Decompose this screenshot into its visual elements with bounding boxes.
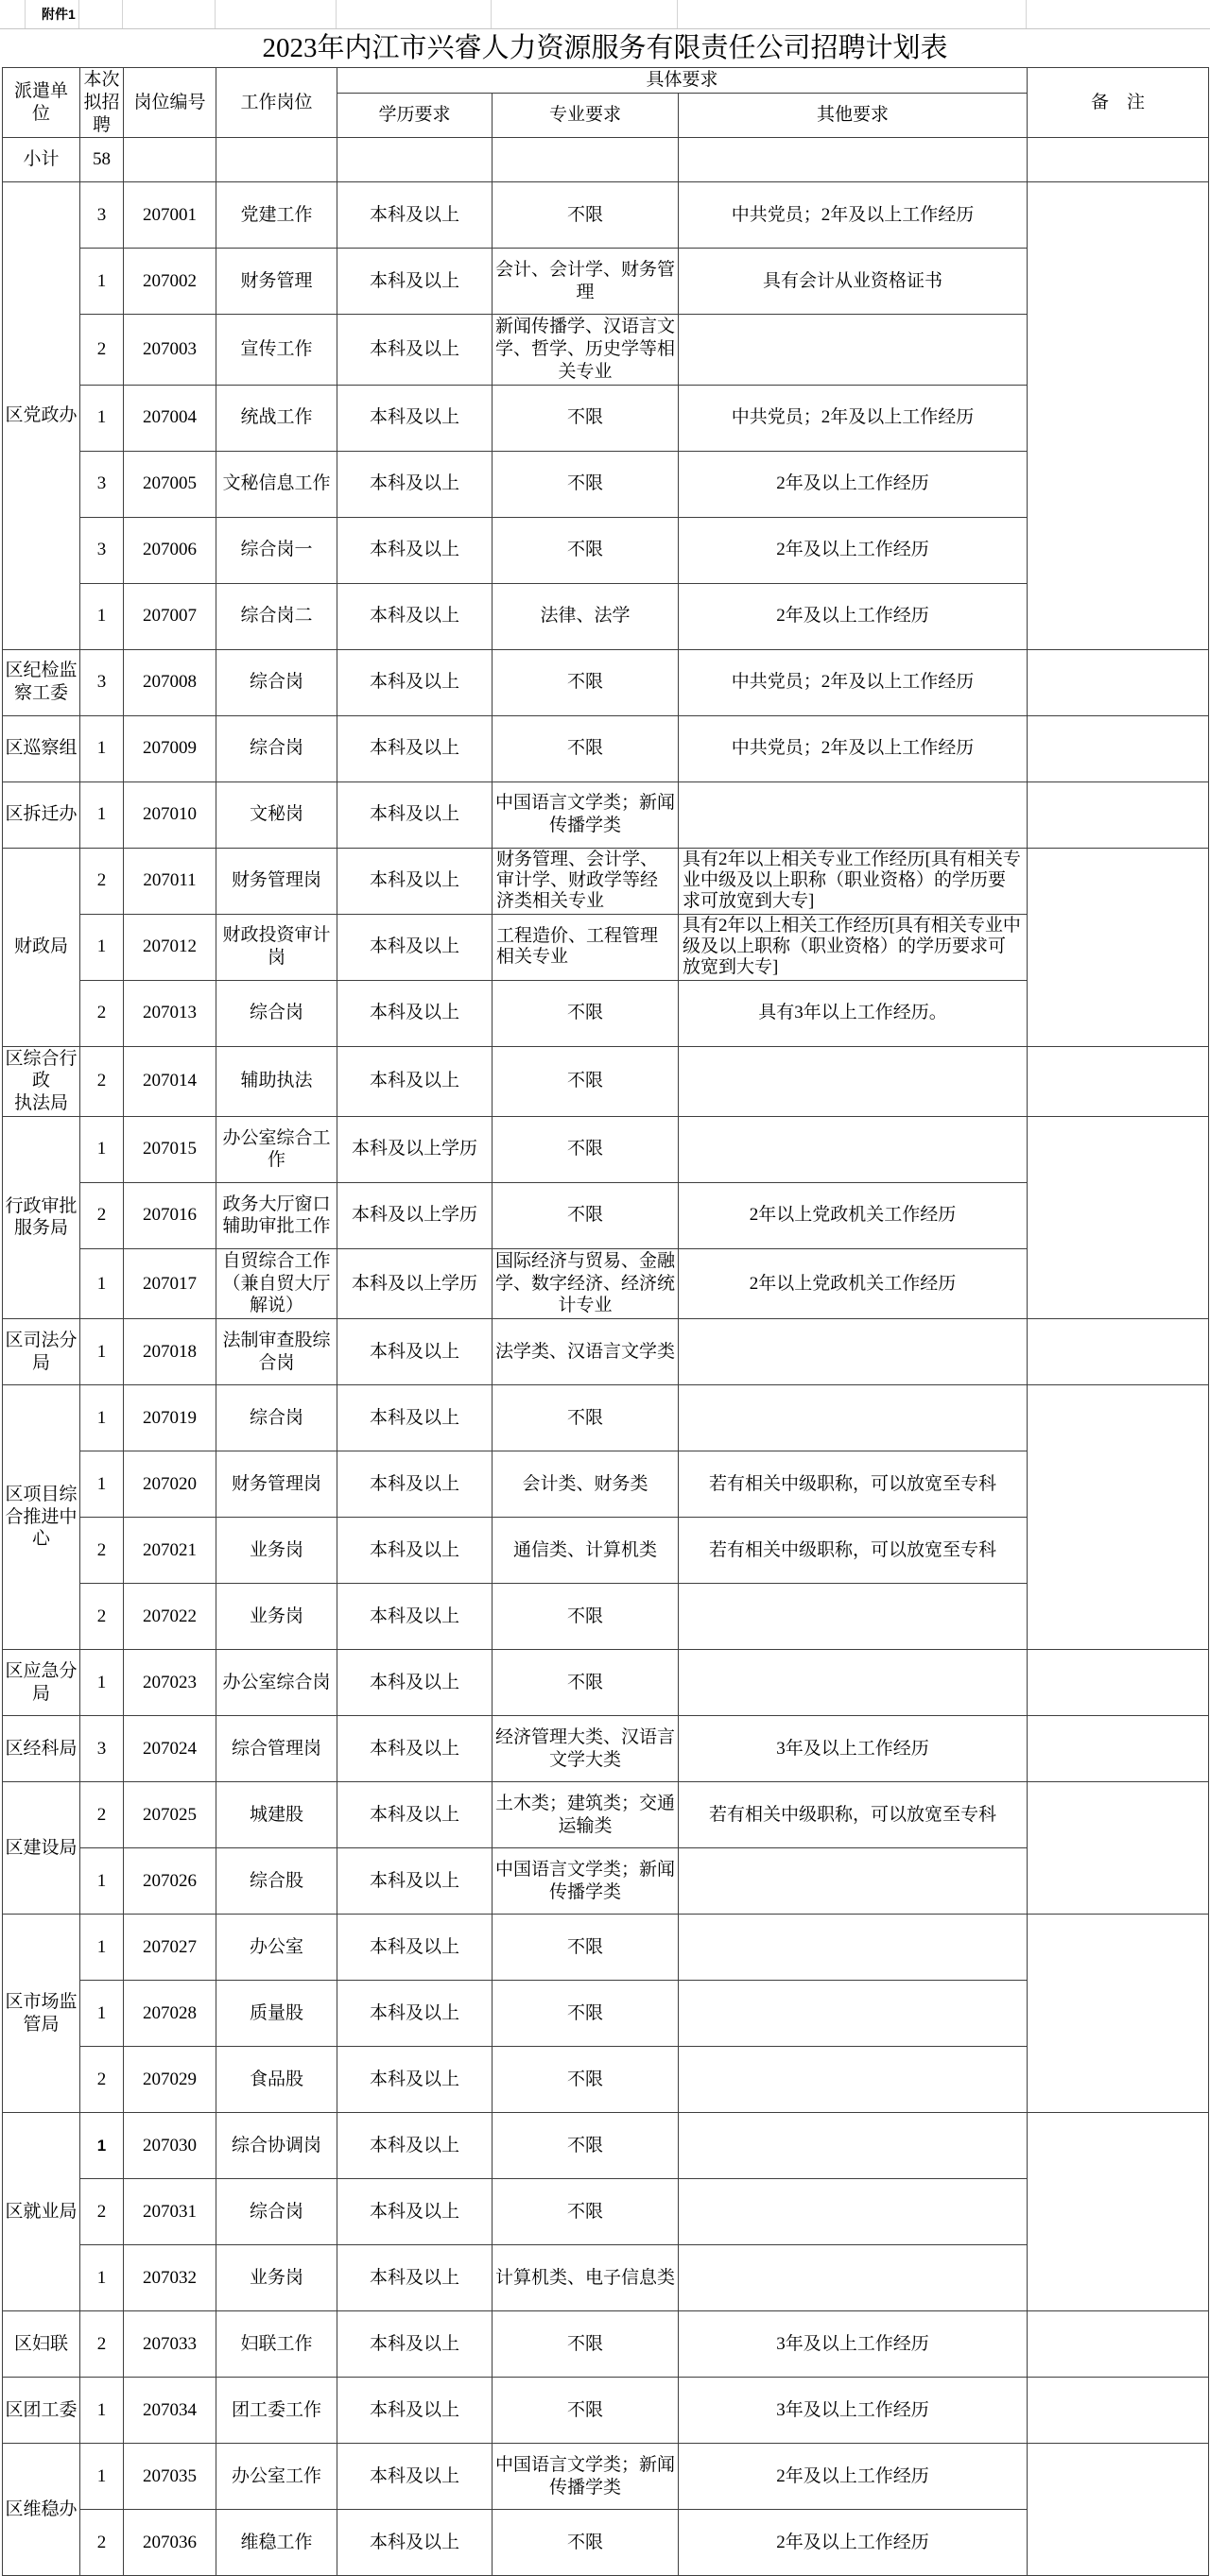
position-code-cell: 207019 (124, 1385, 216, 1451)
remark-cell (1028, 649, 1209, 715)
subtotal-label: 小计 (3, 138, 80, 182)
education-requirement-cell: 本科及以上 (337, 1385, 493, 1451)
job-title-cell: 办公室工作 (216, 2444, 337, 2510)
job-title-cell: 财务管理 (216, 249, 337, 315)
other-requirement-cell: 3年及以上工作经历 (679, 1716, 1028, 1782)
position-code-cell: 207027 (124, 1915, 216, 1981)
excel-gridline-strip: 附件1 (0, 0, 1210, 29)
education-requirement-cell: 本科及以上 (337, 980, 493, 1046)
major-requirement-cell: 中国语言文学类；新闻传播学类 (493, 781, 679, 848)
unit-cell: 区维稳办 (3, 2444, 80, 2576)
table-row: 区党政办3207001党建工作本科及以上不限中共党员；2年及以上工作经历 (3, 182, 1209, 249)
education-requirement-cell: 本科及以上 (337, 1915, 493, 1981)
other-requirement-cell: 中共党员；2年及以上工作经历 (679, 649, 1028, 715)
count-cell: 2 (80, 2179, 124, 2245)
job-title-cell: 业务岗 (216, 2245, 337, 2311)
unit-cell: 区司法分 局 (3, 1319, 80, 1385)
major-requirement-cell: 会计、会计学、财务管理 (493, 249, 679, 315)
major-requirement-cell: 不限 (493, 385, 679, 451)
job-title-cell: 综合管理岗 (216, 1716, 337, 1782)
count-cell: 2 (80, 1782, 124, 1848)
major-requirement-cell: 不限 (493, 980, 679, 1046)
education-requirement-cell: 本科及以上 (337, 649, 493, 715)
education-requirement-cell: 本科及以上 (337, 1451, 493, 1518)
position-code-cell: 207021 (124, 1518, 216, 1584)
remark-cell (1028, 1782, 1209, 1915)
count-cell: 1 (80, 1915, 124, 1981)
job-title-cell: 统战工作 (216, 385, 337, 451)
header-major: 专业要求 (493, 94, 679, 138)
unit-cell: 区综合行 政 执法局 (3, 1046, 80, 1116)
other-requirement-cell (679, 1650, 1028, 1716)
education-requirement-cell: 本科及以上 (337, 2378, 493, 2444)
education-requirement-cell: 本科及以上 (337, 715, 493, 781)
count-cell: 1 (80, 583, 124, 649)
other-requirement-cell (679, 2179, 1028, 2245)
other-requirement-cell (679, 2113, 1028, 2179)
education-requirement-cell: 本科及以上 (337, 1584, 493, 1650)
gridline-cell (123, 0, 216, 28)
other-requirement-cell (679, 1848, 1028, 1915)
other-requirement-cell (679, 1319, 1028, 1385)
table-row: 区应急分 局1207023办公室综合岗本科及以上不限 (3, 1650, 1209, 1716)
empty-cell (124, 138, 216, 182)
count-cell: 2 (80, 848, 124, 914)
education-requirement-cell: 本科及以上 (337, 1319, 493, 1385)
remark-cell (1028, 2113, 1209, 2311)
major-requirement-cell: 不限 (493, 2179, 679, 2245)
education-requirement-cell: 本科及以上 (337, 1518, 493, 1584)
other-requirement-cell: 2年以上党政机关工作经历 (679, 1248, 1028, 1318)
other-requirement-cell: 中共党员；2年及以上工作经历 (679, 715, 1028, 781)
education-requirement-cell: 本科及以上 (337, 1716, 493, 1782)
other-requirement-cell: 2年及以上工作经历 (679, 583, 1028, 649)
count-cell: 1 (80, 914, 124, 980)
recruitment-plan-table: 派遣单位 本次拟招聘 岗位编号 工作岗位 具体要求 备 注 学历要求 专业要求 … (2, 67, 1209, 2576)
table-row: 区就业局1207030综合协调岗本科及以上不限 (3, 2113, 1209, 2179)
major-requirement-cell: 不限 (493, 2311, 679, 2378)
count-cell: 1 (80, 1981, 124, 2047)
remark-cell (1028, 1319, 1209, 1385)
education-requirement-cell: 本科及以上 (337, 1046, 493, 1116)
gridline-cell (337, 0, 492, 28)
table-row: 区纪检监 察工委3207008综合岗本科及以上不限中共党员；2年及以上工作经历 (3, 649, 1209, 715)
job-title-cell: 政务大厅窗口辅助审批工作 (216, 1182, 337, 1248)
unit-cell: 区就业局 (3, 2113, 80, 2311)
unit-cell: 行政审批 服务局 (3, 1116, 80, 1318)
job-title-cell: 综合岗一 (216, 517, 337, 583)
remark-cell (1028, 715, 1209, 781)
position-code-cell: 207001 (124, 182, 216, 249)
position-code-cell: 207032 (124, 2245, 216, 2311)
table-row: 区经科局3207024综合管理岗本科及以上经济管理大类、汉语言文学大类3年及以上… (3, 1716, 1209, 1782)
other-requirement-cell: 2年及以上工作经历 (679, 2510, 1028, 2576)
unit-cell: 财政局 (3, 848, 80, 1046)
education-requirement-cell: 本科及以上 (337, 451, 493, 517)
position-code-cell: 207035 (124, 2444, 216, 2510)
education-requirement-cell: 本科及以上 (337, 2047, 493, 2113)
count-cell: 3 (80, 1716, 124, 1782)
major-requirement-cell: 通信类、计算机类 (493, 1518, 679, 1584)
education-requirement-cell: 本科及以上 (337, 1782, 493, 1848)
unit-cell: 区巡察组 (3, 715, 80, 781)
other-requirement-cell: 3年及以上工作经历 (679, 2311, 1028, 2378)
education-requirement-cell: 本科及以上学历 (337, 1116, 493, 1182)
count-cell: 1 (80, 2113, 124, 2179)
job-title-cell: 业务岗 (216, 1518, 337, 1584)
count-cell: 1 (80, 1116, 124, 1182)
job-title-cell: 法制审查股综合岗 (216, 1319, 337, 1385)
job-title-cell: 综合协调岗 (216, 2113, 337, 2179)
count-cell: 1 (80, 1319, 124, 1385)
other-requirement-cell (679, 1584, 1028, 1650)
other-requirement-cell (679, 1116, 1028, 1182)
subtotal-row: 小计 58 (3, 138, 1209, 182)
major-requirement-cell: 新闻传播学、汉语言文学、哲学、历史学等相关专业 (493, 315, 679, 385)
job-title-cell: 综合岗 (216, 715, 337, 781)
position-code-cell: 207007 (124, 583, 216, 649)
position-code-cell: 207022 (124, 1584, 216, 1650)
job-title-cell: 宣传工作 (216, 315, 337, 385)
major-requirement-cell: 不限 (493, 1981, 679, 2047)
job-title-cell: 业务岗 (216, 1584, 337, 1650)
position-code-cell: 207018 (124, 1319, 216, 1385)
gridline-cell (0, 0, 26, 28)
other-requirement-cell: 若有相关中级职称，可以放宽至专科 (679, 1782, 1028, 1848)
table-header: 派遣单位 本次拟招聘 岗位编号 工作岗位 具体要求 备 注 学历要求 专业要求 … (3, 68, 1209, 138)
job-title-cell: 财务管理岗 (216, 1451, 337, 1518)
unit-cell: 区市场监 管局 (3, 1915, 80, 2113)
major-requirement-cell: 财务管理、会计学、审计学、财政学等经济类相关专业 (493, 848, 679, 914)
other-requirement-cell: 具有会计从业资格证书 (679, 249, 1028, 315)
education-requirement-cell: 本科及以上 (337, 781, 493, 848)
header-count: 本次拟招聘 (80, 68, 124, 138)
count-cell: 1 (80, 1248, 124, 1318)
education-requirement-cell: 本科及以上 (337, 2179, 493, 2245)
major-requirement-cell: 法律、法学 (493, 583, 679, 649)
other-requirement-cell: 具有2年以上相关工作经历[具有相关专业中级及以上职称（职业资格）的学历要求可放宽… (679, 914, 1028, 980)
other-requirement-cell: 若有相关中级职称，可以放宽至专科 (679, 1518, 1028, 1584)
count-cell: 2 (80, 1584, 124, 1650)
education-requirement-cell: 本科及以上 (337, 1848, 493, 1915)
count-cell: 1 (80, 1451, 124, 1518)
other-requirement-cell (679, 1981, 1028, 2047)
table-row: 区团工委1207034团工委工作本科及以上不限3年及以上工作经历 (3, 2378, 1209, 2444)
position-code-cell: 207024 (124, 1716, 216, 1782)
count-cell: 1 (80, 1848, 124, 1915)
major-requirement-cell: 不限 (493, 649, 679, 715)
major-requirement-cell: 不限 (493, 1584, 679, 1650)
major-requirement-cell: 不限 (493, 2378, 679, 2444)
unit-cell: 区团工委 (3, 2378, 80, 2444)
gridline-cell (216, 0, 337, 28)
job-title-cell: 综合股 (216, 1848, 337, 1915)
position-code-cell: 207030 (124, 2113, 216, 2179)
major-requirement-cell: 不限 (493, 182, 679, 249)
education-requirement-cell: 本科及以上 (337, 583, 493, 649)
position-code-cell: 207036 (124, 2510, 216, 2576)
remark-cell (1028, 1385, 1209, 1650)
job-title-cell: 食品股 (216, 2047, 337, 2113)
other-requirement-cell (679, 1385, 1028, 1451)
other-requirement-cell: 3年及以上工作经历 (679, 2378, 1028, 2444)
major-requirement-cell: 工程造价、工程管理相关专业 (493, 914, 679, 980)
other-requirement-cell (679, 1046, 1028, 1116)
count-cell: 1 (80, 715, 124, 781)
major-requirement-cell: 土木类；建筑类；交通运输类 (493, 1782, 679, 1848)
job-title-cell: 综合岗二 (216, 583, 337, 649)
other-requirement-cell: 2年及以上工作经历 (679, 451, 1028, 517)
page-title: 2023年内江市兴睿人力资源服务有限责任公司招聘计划表 (0, 29, 1210, 67)
unit-cell: 区妇联 (3, 2311, 80, 2378)
gridline-cell (79, 0, 123, 28)
count-cell: 1 (80, 385, 124, 451)
major-requirement-cell: 中国语言文学类；新闻传播学类 (493, 2444, 679, 2510)
table-body: 小计 58 区党政办3207001党建工作本科及以上不限中共党员；2年及以上工作… (3, 138, 1209, 2576)
table-row: 区妇联2207033妇联工作本科及以上不限3年及以上工作经历 (3, 2311, 1209, 2378)
major-requirement-cell: 不限 (493, 1385, 679, 1451)
job-title-cell: 财政投资审计岗 (216, 914, 337, 980)
education-requirement-cell: 本科及以上 (337, 1981, 493, 2047)
major-requirement-cell: 计算机类、电子信息类 (493, 2245, 679, 2311)
education-requirement-cell: 本科及以上 (337, 2311, 493, 2378)
header-remark: 备 注 (1028, 68, 1209, 138)
remark-cell (1028, 1650, 1209, 1716)
education-requirement-cell: 本科及以上 (337, 914, 493, 980)
header-requirements-group: 具体要求 (337, 68, 1028, 94)
subtotal-count: 58 (80, 138, 124, 182)
count-cell: 1 (80, 2444, 124, 2510)
unit-cell: 区项目综 合推进中 心 (3, 1385, 80, 1650)
position-code-cell: 207004 (124, 385, 216, 451)
position-code-cell: 207013 (124, 980, 216, 1046)
remark-cell (1028, 2378, 1209, 2444)
remark-cell (1028, 2311, 1209, 2378)
job-title-cell: 妇联工作 (216, 2311, 337, 2378)
empty-cell (216, 138, 337, 182)
other-requirement-cell: 2年以上党政机关工作经历 (679, 1182, 1028, 1248)
position-code-cell: 207023 (124, 1650, 216, 1716)
major-requirement-cell: 不限 (493, 2047, 679, 2113)
job-title-cell: 办公室 (216, 1915, 337, 1981)
job-title-cell: 自贸综合工作（兼自贸大厅解说） (216, 1248, 337, 1318)
count-cell: 2 (80, 1518, 124, 1584)
unit-cell: 区纪检监 察工委 (3, 649, 80, 715)
remark-cell (1028, 781, 1209, 848)
other-requirement-cell: 中共党员；2年及以上工作经历 (679, 385, 1028, 451)
count-cell: 1 (80, 1650, 124, 1716)
position-code-cell: 207029 (124, 2047, 216, 2113)
count-cell: 2 (80, 2047, 124, 2113)
table-row: 区司法分 局1207018法制审查股综合岗本科及以上法学类、汉语言文学类 (3, 1319, 1209, 1385)
position-code-cell: 207011 (124, 848, 216, 914)
remark-cell (1028, 1716, 1209, 1782)
position-code-cell: 207012 (124, 914, 216, 980)
count-cell: 2 (80, 2311, 124, 2378)
table-row: 区综合行 政 执法局2207014辅助执法本科及以上不限 (3, 1046, 1209, 1116)
other-requirement-cell (679, 1915, 1028, 1981)
position-code-cell: 207025 (124, 1782, 216, 1848)
job-title-cell: 文秘岗 (216, 781, 337, 848)
other-requirement-cell (679, 315, 1028, 385)
job-title-cell: 团工委工作 (216, 2378, 337, 2444)
attachment-label: 附件1 (42, 5, 76, 24)
remark-cell (1028, 848, 1209, 1046)
education-requirement-cell: 本科及以上学历 (337, 1182, 493, 1248)
count-cell: 3 (80, 182, 124, 249)
major-requirement-cell: 不限 (493, 1915, 679, 1981)
empty-cell (679, 138, 1028, 182)
other-requirement-cell (679, 2245, 1028, 2311)
position-code-cell: 207033 (124, 2311, 216, 2378)
position-code-cell: 207015 (124, 1116, 216, 1182)
job-title-cell: 办公室综合工作 (216, 1116, 337, 1182)
major-requirement-cell: 经济管理大类、汉语言文学大类 (493, 1716, 679, 1782)
major-requirement-cell: 中国语言文学类；新闻传播学类 (493, 1848, 679, 1915)
position-code-cell: 207002 (124, 249, 216, 315)
other-requirement-cell (679, 781, 1028, 848)
major-requirement-cell: 不限 (493, 1116, 679, 1182)
count-cell: 3 (80, 649, 124, 715)
education-requirement-cell: 本科及以上 (337, 1650, 493, 1716)
unit-cell: 区拆迁办 (3, 781, 80, 848)
remark-cell (1028, 1116, 1209, 1318)
major-requirement-cell: 不限 (493, 1650, 679, 1716)
other-requirement-cell: 2年及以上工作经历 (679, 2444, 1028, 2510)
job-title-cell: 辅助执法 (216, 1046, 337, 1116)
remark-cell (1028, 2444, 1209, 2576)
count-cell: 1 (80, 2245, 124, 2311)
job-title-cell: 综合岗 (216, 1385, 337, 1451)
job-title-cell: 综合岗 (216, 649, 337, 715)
job-title-cell: 文秘信息工作 (216, 451, 337, 517)
position-code-cell: 207014 (124, 1046, 216, 1116)
major-requirement-cell: 不限 (493, 715, 679, 781)
table-row: 区巡察组1207009综合岗本科及以上不限中共党员；2年及以上工作经历 (3, 715, 1209, 781)
other-requirement-cell: 中共党员；2年及以上工作经历 (679, 182, 1028, 249)
position-code-cell: 207006 (124, 517, 216, 583)
gridline-cell (678, 0, 1027, 28)
education-requirement-cell: 本科及以上 (337, 2444, 493, 2510)
header-edu: 学历要求 (337, 94, 493, 138)
job-title-cell: 综合岗 (216, 2179, 337, 2245)
count-cell: 2 (80, 2510, 124, 2576)
job-title-cell: 办公室综合岗 (216, 1650, 337, 1716)
job-title-cell: 综合岗 (216, 980, 337, 1046)
remark-cell (1028, 1915, 1209, 2113)
position-code-cell: 207009 (124, 715, 216, 781)
count-cell: 2 (80, 1182, 124, 1248)
header-job: 工作岗位 (216, 68, 337, 138)
count-cell: 3 (80, 451, 124, 517)
page: 附件1 2023年内江市兴睿人力资源服务有限责任公司招聘计划表 派遣单位 本次拟… (0, 0, 1210, 2576)
other-requirement-cell: 具有3年以上工作经历。 (679, 980, 1028, 1046)
header-other: 其他要求 (679, 94, 1028, 138)
education-requirement-cell: 本科及以上 (337, 249, 493, 315)
other-requirement-cell: 若有相关中级职称，可以放宽至专科 (679, 1451, 1028, 1518)
position-code-cell: 207034 (124, 2378, 216, 2444)
count-cell: 1 (80, 781, 124, 848)
education-requirement-cell: 本科及以上 (337, 2113, 493, 2179)
education-requirement-cell: 本科及以上 (337, 517, 493, 583)
major-requirement-cell: 国际经济与贸易、金融学、数字经济、经济统计专业 (493, 1248, 679, 1318)
gridline-cell (1027, 0, 1208, 28)
table-row: 区市场监 管局1207027办公室本科及以上不限 (3, 1915, 1209, 1981)
job-title-cell: 城建股 (216, 1782, 337, 1848)
position-code-cell: 207020 (124, 1451, 216, 1518)
other-requirement-cell: 2年及以上工作经历 (679, 517, 1028, 583)
position-code-cell: 207005 (124, 451, 216, 517)
unit-cell: 区建设局 (3, 1782, 80, 1915)
count-cell: 2 (80, 315, 124, 385)
education-requirement-cell: 本科及以上 (337, 385, 493, 451)
count-cell: 3 (80, 517, 124, 583)
table-row: 区拆迁办1207010文秘岗本科及以上中国语言文学类；新闻传播学类 (3, 781, 1209, 848)
position-code-cell: 207026 (124, 1848, 216, 1915)
education-requirement-cell: 本科及以上 (337, 182, 493, 249)
table-row: 区项目综 合推进中 心1207019综合岗本科及以上不限 (3, 1385, 1209, 1451)
major-requirement-cell: 不限 (493, 451, 679, 517)
other-requirement-cell: 具有2年以上相关专业工作经历[具有相关专业中级及以上职称（职业资格）的学历要求可… (679, 848, 1028, 914)
education-requirement-cell: 本科及以上 (337, 848, 493, 914)
position-code-cell: 207003 (124, 315, 216, 385)
major-requirement-cell: 不限 (493, 2510, 679, 2576)
remark-cell (1028, 182, 1209, 649)
major-requirement-cell: 不限 (493, 1046, 679, 1116)
position-code-cell: 207028 (124, 1981, 216, 2047)
table-row: 财政局2207011财务管理岗本科及以上财务管理、会计学、审计学、财政学等经济类… (3, 848, 1209, 914)
job-title-cell: 财务管理岗 (216, 848, 337, 914)
count-cell: 1 (80, 249, 124, 315)
count-cell: 2 (80, 1046, 124, 1116)
unit-cell: 区经科局 (3, 1716, 80, 1782)
gridline-cell (492, 0, 678, 28)
table-row: 区维稳办1207035办公室工作本科及以上中国语言文学类；新闻传播学类2年及以上… (3, 2444, 1209, 2510)
position-code-cell: 207016 (124, 1182, 216, 1248)
header-unit: 派遣单位 (3, 68, 80, 138)
count-cell: 2 (80, 980, 124, 1046)
table-row: 区建设局2207025城建股本科及以上土木类；建筑类；交通运输类若有相关中级职称… (3, 1782, 1209, 1848)
education-requirement-cell: 本科及以上学历 (337, 1248, 493, 1318)
major-requirement-cell: 不限 (493, 1182, 679, 1248)
position-code-cell: 207008 (124, 649, 216, 715)
education-requirement-cell: 本科及以上 (337, 2245, 493, 2311)
unit-cell: 区应急分 局 (3, 1650, 80, 1716)
major-requirement-cell: 法学类、汉语言文学类 (493, 1319, 679, 1385)
education-requirement-cell: 本科及以上 (337, 315, 493, 385)
table-row: 行政审批 服务局1207015办公室综合工作本科及以上学历不限 (3, 1116, 1209, 1182)
job-title-cell: 党建工作 (216, 182, 337, 249)
job-title-cell: 维稳工作 (216, 2510, 337, 2576)
empty-cell (493, 138, 679, 182)
position-code-cell: 207017 (124, 1248, 216, 1318)
major-requirement-cell: 不限 (493, 2113, 679, 2179)
major-requirement-cell: 会计类、财务类 (493, 1451, 679, 1518)
major-requirement-cell: 不限 (493, 517, 679, 583)
job-title-cell: 质量股 (216, 1981, 337, 2047)
empty-cell (1028, 138, 1209, 182)
empty-cell (337, 138, 493, 182)
other-requirement-cell (679, 2047, 1028, 2113)
count-cell: 1 (80, 1385, 124, 1451)
unit-cell: 区党政办 (3, 182, 80, 649)
position-code-cell: 207031 (124, 2179, 216, 2245)
position-code-cell: 207010 (124, 781, 216, 848)
education-requirement-cell: 本科及以上 (337, 2510, 493, 2576)
remark-cell (1028, 1046, 1209, 1116)
count-cell: 1 (80, 2378, 124, 2444)
header-code: 岗位编号 (124, 68, 216, 138)
